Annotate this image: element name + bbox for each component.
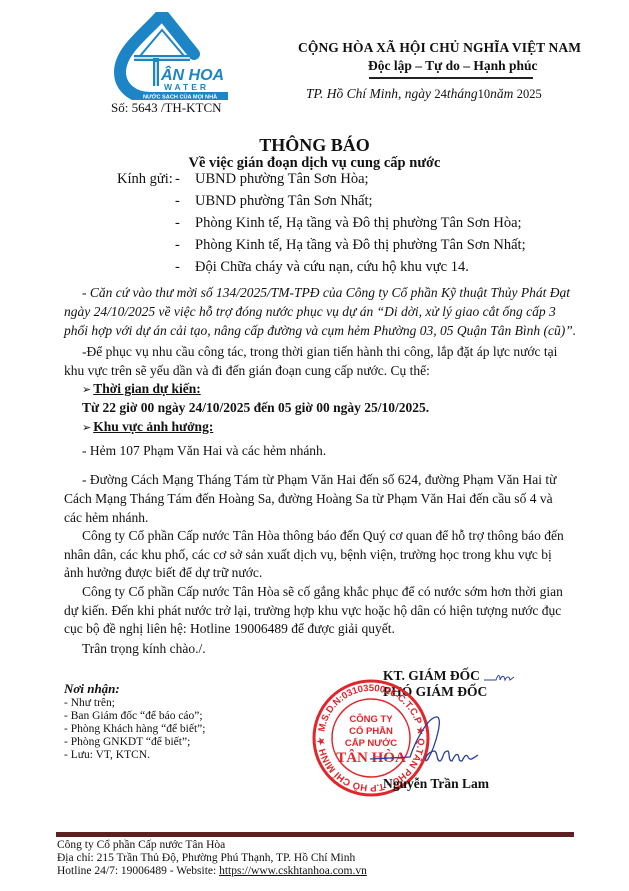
purpose-line: khu vực trên sẽ yếu dần và đi đến gián đ…: [64, 363, 430, 379]
distribution-item: - Ban Giám đốc “để báo cáo”;: [64, 710, 203, 722]
distribution-item: - Phòng GNKDT “để biết”;: [64, 736, 190, 748]
commit-line: cục bộ đề nghị liên hệ: Hotline 19006489…: [64, 621, 395, 637]
area-item: - Hẻm 107 Phạm Văn Hai và các hẻm nhánh.: [82, 443, 326, 459]
footer-address: Địa chỉ: 215 Trần Thủ Độ, Phường Phú Thạ…: [57, 852, 355, 864]
document-title: THÔNG BÁO: [0, 135, 629, 156]
place-label: TP. Hồ Chí Minh, ngày: [306, 86, 431, 101]
date-year: 2025: [517, 87, 542, 101]
notice-line: ảnh hưởng được biết để dự trữ nước.: [64, 565, 262, 581]
basis-line: - Căn cứ vào thư mời số 134/2025/TM-TPĐ …: [82, 285, 570, 301]
basis-line: ngày 24/10/2025 về việc hỗ trợ đóng nước…: [64, 304, 556, 320]
notice-line: Công ty Cổ phần Cấp nước Tân Hòa thông b…: [82, 528, 564, 544]
commit-line: dự kiến. Đến khi phát nước trở lại, trườ…: [64, 603, 561, 619]
national-motto: Độc lập – Tự do – Hạnh phúc: [368, 58, 538, 74]
recipient-item: -UBND phường Tân Sơn Hòa;: [175, 171, 369, 188]
svg-text:NƯỚC SẠCH CỦA MỌI NHÀ: NƯỚC SẠCH CỦA MỌI NHÀ: [143, 93, 217, 101]
recipient-item: -Phòng Kinh tế, Hạ tầng và Đô thị phường…: [175, 215, 522, 232]
company-logo: ÂN HOA WATER NƯỚC SẠCH CỦA MỌI NHÀ: [112, 12, 230, 100]
water-drop-logo-icon: ÂN HOA WATER NƯỚC SẠCH CỦA MỌI NHÀ: [112, 12, 230, 100]
arrow-bullet-icon: ➢: [82, 384, 91, 396]
handwritten-signature: [370, 715, 500, 775]
recipients-label: Kính gửi:: [117, 171, 173, 188]
year-label: năm: [490, 86, 513, 101]
distribution-item: - Như trên;: [64, 697, 115, 709]
recipient-item: -Phòng Kinh tế, Hạ tầng và Đô thị phường…: [175, 237, 526, 254]
website-link[interactable]: https://www.cskhtanhoa.com.vn: [219, 865, 367, 877]
motto-underline: [369, 77, 533, 79]
footer-hotline: Hotline 24/7: 19006489 - Website:: [57, 865, 219, 877]
date-day: 24: [434, 87, 447, 101]
month-label: tháng: [447, 86, 478, 101]
footer-company: Công ty Cổ phần Cấp nước Tân Hòa: [57, 839, 225, 851]
document-number: Số: 5643 /TH-KTCN: [111, 100, 222, 116]
place-date: TP. Hồ Chí Minh, ngày 24tháng10năm 2025: [306, 86, 542, 102]
time-value: Từ 22 giờ 00 ngày 24/10/2025 đến 05 giờ …: [82, 400, 429, 416]
basis-line: phối hợp với dự án cải tạo, nâng cấp đườ…: [64, 323, 576, 339]
recipient-item: -UBND phường Tân Sơn Nhất;: [175, 193, 373, 210]
commit-line: Công ty Cổ phần Cấp nước Tân Hòa sẽ cố g…: [82, 584, 563, 600]
closing-line: Trân trọng kính chào./.: [82, 641, 206, 657]
initials-mark: [484, 671, 518, 685]
area-heading: ➢Khu vực ảnh hưởng:: [82, 419, 213, 435]
national-title: CỘNG HÒA XÃ HỘI CHỦ NGHĨA VIỆT NAM: [298, 40, 581, 56]
area-item: - Đường Cách Mạng Tháng Tám từ Phạm Văn …: [82, 472, 557, 488]
time-heading: ➢Thời gian dự kiến:: [82, 381, 201, 397]
area-item-cont: Cách Mạng Tháng Tám đến Hoàng Sa, đường …: [64, 491, 553, 507]
signer-name: Nguyễn Trần Lam: [383, 776, 489, 792]
purpose-line: -Để phục vụ nhu cầu công tác, trong thời…: [82, 344, 557, 360]
distribution-item: - Lưu: VT, KTCN.: [64, 749, 150, 761]
date-month: 10: [478, 87, 491, 101]
svg-text:WATER: WATER: [164, 82, 209, 92]
notice-line: nhân dân, các khu phố, các cơ sở sản xuấ…: [64, 547, 552, 563]
document-subtitle: Về việc gián đoạn dịch vụ cung cấp nước: [0, 155, 629, 172]
distribution-item: - Phòng Khách hàng “để biết”;: [64, 723, 205, 735]
footer-divider: [56, 832, 574, 837]
distribution-title: Nơi nhận:: [64, 681, 120, 697]
area-item-cont: các hẻm nhánh.: [64, 510, 148, 526]
recipient-item: -Đội Chữa cháy và cứu nạn, cứu hộ khu vự…: [175, 259, 469, 276]
arrow-bullet-icon: ➢: [82, 422, 91, 434]
footer-contact: Hotline 24/7: 19006489 - Website: https:…: [57, 865, 367, 877]
